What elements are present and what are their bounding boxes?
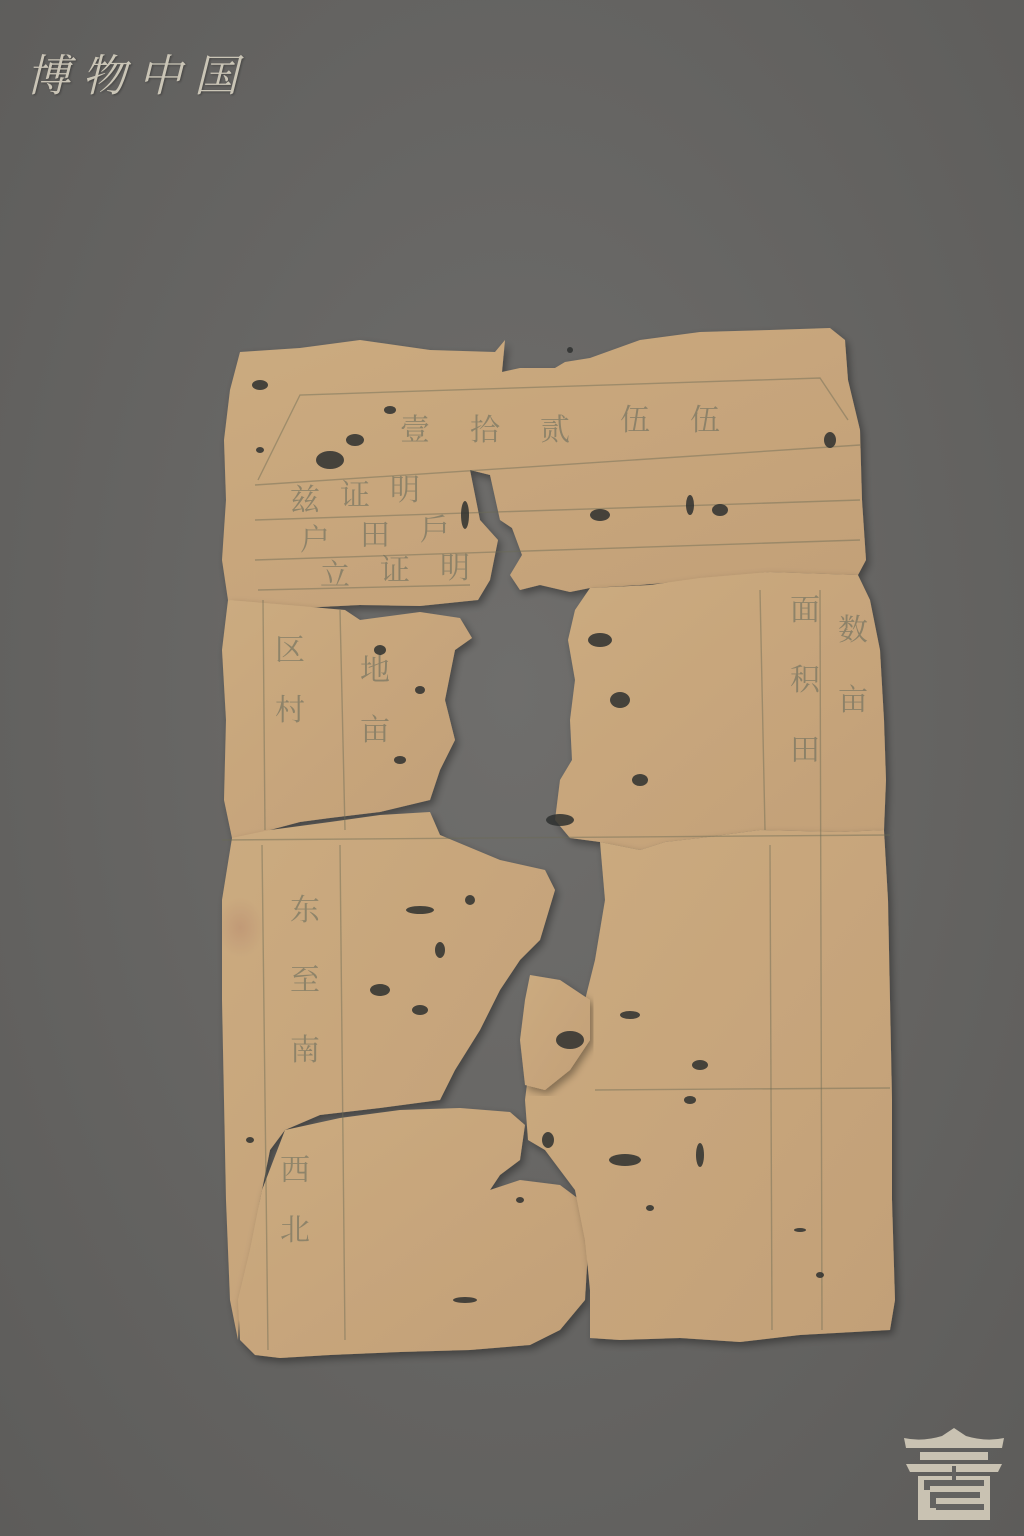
svg-text:证: 证	[340, 478, 370, 513]
svg-text:伍: 伍	[620, 403, 650, 438]
svg-text:田: 田	[790, 733, 820, 768]
svg-text:北: 北	[280, 1213, 310, 1248]
svg-text:贰: 贰	[540, 413, 570, 448]
svg-text:至: 至	[290, 963, 320, 998]
svg-text:户: 户	[300, 523, 330, 558]
pavilion-logo-icon	[902, 1424, 1006, 1524]
svg-text:兹: 兹	[290, 483, 321, 518]
svg-text:地: 地	[360, 653, 390, 688]
svg-text:壹: 壹	[400, 413, 430, 448]
fragment-mid-right	[555, 572, 886, 850]
svg-text:村: 村	[275, 693, 305, 728]
svg-text:立: 立	[320, 558, 350, 593]
svg-text:明: 明	[440, 551, 470, 586]
svg-text:区: 区	[275, 633, 305, 668]
svg-text:亩: 亩	[360, 713, 390, 748]
fragment-top-left	[222, 328, 866, 608]
fragment-mid-left	[222, 600, 472, 840]
svg-text:面: 面	[790, 593, 820, 628]
svg-text:拾: 拾	[470, 413, 500, 448]
artifact-document-image: 壹 拾 贰 伍 伍 兹 证 明 户 田 戶 立 证 明 区 村 地 亩 面 积 …	[0, 0, 1024, 1536]
svg-text:西: 西	[280, 1153, 310, 1188]
svg-text:田: 田	[360, 518, 390, 553]
svg-text:数: 数	[838, 613, 868, 648]
svg-text:南: 南	[290, 1033, 320, 1068]
svg-text:伍: 伍	[690, 403, 720, 438]
svg-text:亩: 亩	[838, 683, 868, 718]
svg-text:明: 明	[390, 473, 420, 508]
svg-text:积: 积	[790, 663, 821, 698]
svg-text:东: 东	[290, 893, 320, 928]
svg-text:戶: 戶	[420, 513, 450, 548]
svg-text:证: 证	[380, 553, 410, 588]
